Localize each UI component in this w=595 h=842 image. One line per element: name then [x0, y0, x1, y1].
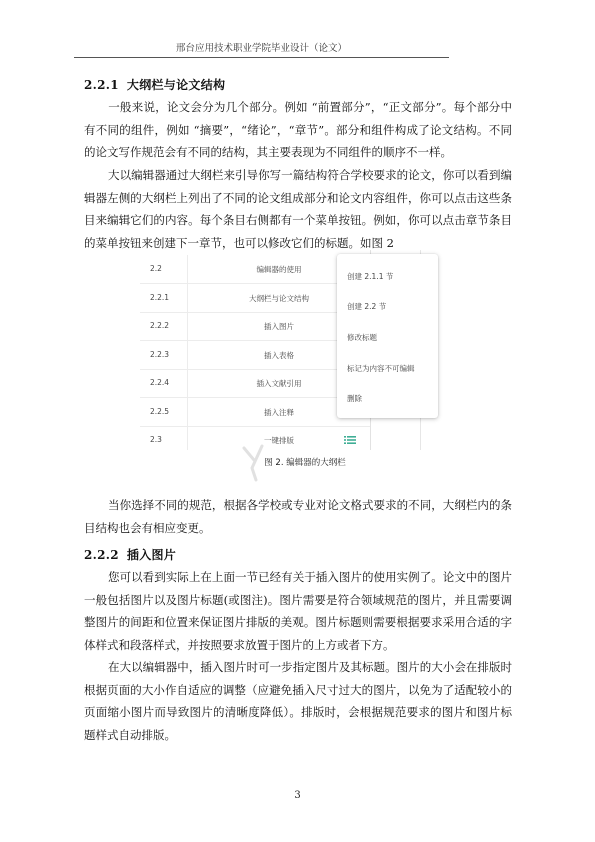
menu-item-create-2-2[interactable]: 创建 2.2 节 — [347, 301, 386, 312]
paragraph: 在大以编辑器中，插入图片时可一步指定图片及其标题。图片的大小会在排版时根据页面的… — [84, 656, 512, 746]
paragraph: 大以编辑器通过大纲栏来引导你写一篇结构符合学校要求的论文，你可以看到编辑器左侧的… — [84, 164, 512, 254]
outline-row-number: 2.2.3 — [150, 350, 169, 359]
menu-item-create-2-1-1[interactable]: 创建 2.1.1 节 — [347, 271, 393, 282]
outline-row[interactable]: 2.2 编辑器的使用 — [140, 255, 370, 284]
outline-panel-figure: 2.2 编辑器的使用 2.2.1 大纲栏与论文结构 2.2.2 插入图片 2.2… — [140, 250, 470, 450]
section-number: 2.2.2 — [84, 548, 119, 562]
outline-row-number: 2.2.2 — [150, 321, 169, 330]
figure-caption: 图 2. 编辑器的大纲栏 — [140, 456, 470, 468]
paragraph-text: 大以编辑器通过大纲栏来引导你写一篇结构符合学校要求的论文，你可以看到编辑器左侧的… — [84, 168, 512, 250]
outline-row-number: 2.3 — [150, 435, 162, 444]
menu-item-mark-readonly[interactable]: 标记为内容不可编辑 — [347, 363, 415, 374]
paragraph: 当你选择不同的规范，根据各学校或专业对论文格式要求的不同，大纲栏内的条目结构也会… — [84, 494, 512, 539]
outline-row-number: 2.2.5 — [150, 407, 169, 416]
paragraph-text: 一般来说，论文会分为几个部分。例如 “前置部分”，“正文部分”。每个部分中有不同… — [84, 100, 512, 159]
paragraph-text: 在大以编辑器中，插入图片时可一步指定图片及其标题。图片的大小会在排版时根据页面的… — [84, 660, 512, 742]
section-heading-2-2-2: 2.2.2插入图片 — [84, 546, 176, 563]
outline-row[interactable]: 2.2.5 插入注释 — [140, 398, 370, 427]
outline-context-menu: 创建 2.1.1 节 创建 2.2 节 修改标题 标记为内容不可编辑 删除 — [337, 254, 438, 418]
paragraph-text: 您可以看到实际上在上面一节已经有关于插入图片的使用实例了。论文中的图片一般包括图… — [84, 570, 512, 652]
section-number: 2.2.1 — [84, 78, 119, 92]
section-heading-2-2-1: 2.2.1大纲栏与论文结构 — [84, 76, 225, 93]
menu-item-edit-title[interactable]: 修改标题 — [347, 332, 377, 343]
page-number: 3 — [0, 790, 595, 801]
paragraph: 一般来说，论文会分为几个部分。例如 “前置部分”，“正文部分”。每个部分中有不同… — [84, 96, 512, 164]
paragraph-text: 当你选择不同的规范，根据各学校或专业对论文格式要求的不同，大纲栏内的条目结构也会… — [84, 498, 512, 535]
outline-row[interactable]: 2.2.3 插入表格 — [140, 341, 370, 370]
paragraph: 您可以看到实际上在上面一节已经有关于插入图片的使用实例了。论文中的图片一般包括图… — [84, 566, 512, 656]
outline-row[interactable]: 2.2.2 插入图片 — [140, 312, 370, 341]
menu-item-delete[interactable]: 删除 — [347, 393, 362, 404]
list-icon[interactable] — [344, 435, 356, 445]
outline-row-title: 一键排版 — [188, 435, 370, 446]
outline-row-number: 2.2.1 — [150, 293, 169, 302]
outline-row-number: 2.2 — [150, 264, 162, 273]
outline-row[interactable]: 2.2.4 插入文献引用 — [140, 369, 370, 398]
page-header: 邢台应用技术职业学院毕业设计（论文） — [74, 40, 449, 58]
section-title: 大纲栏与论文结构 — [127, 78, 225, 92]
outline-row[interactable]: 2.2.1 大纲栏与论文结构 — [140, 284, 370, 313]
section-title: 插入图片 — [127, 548, 176, 562]
outline-row-number: 2.2.4 — [150, 378, 169, 387]
